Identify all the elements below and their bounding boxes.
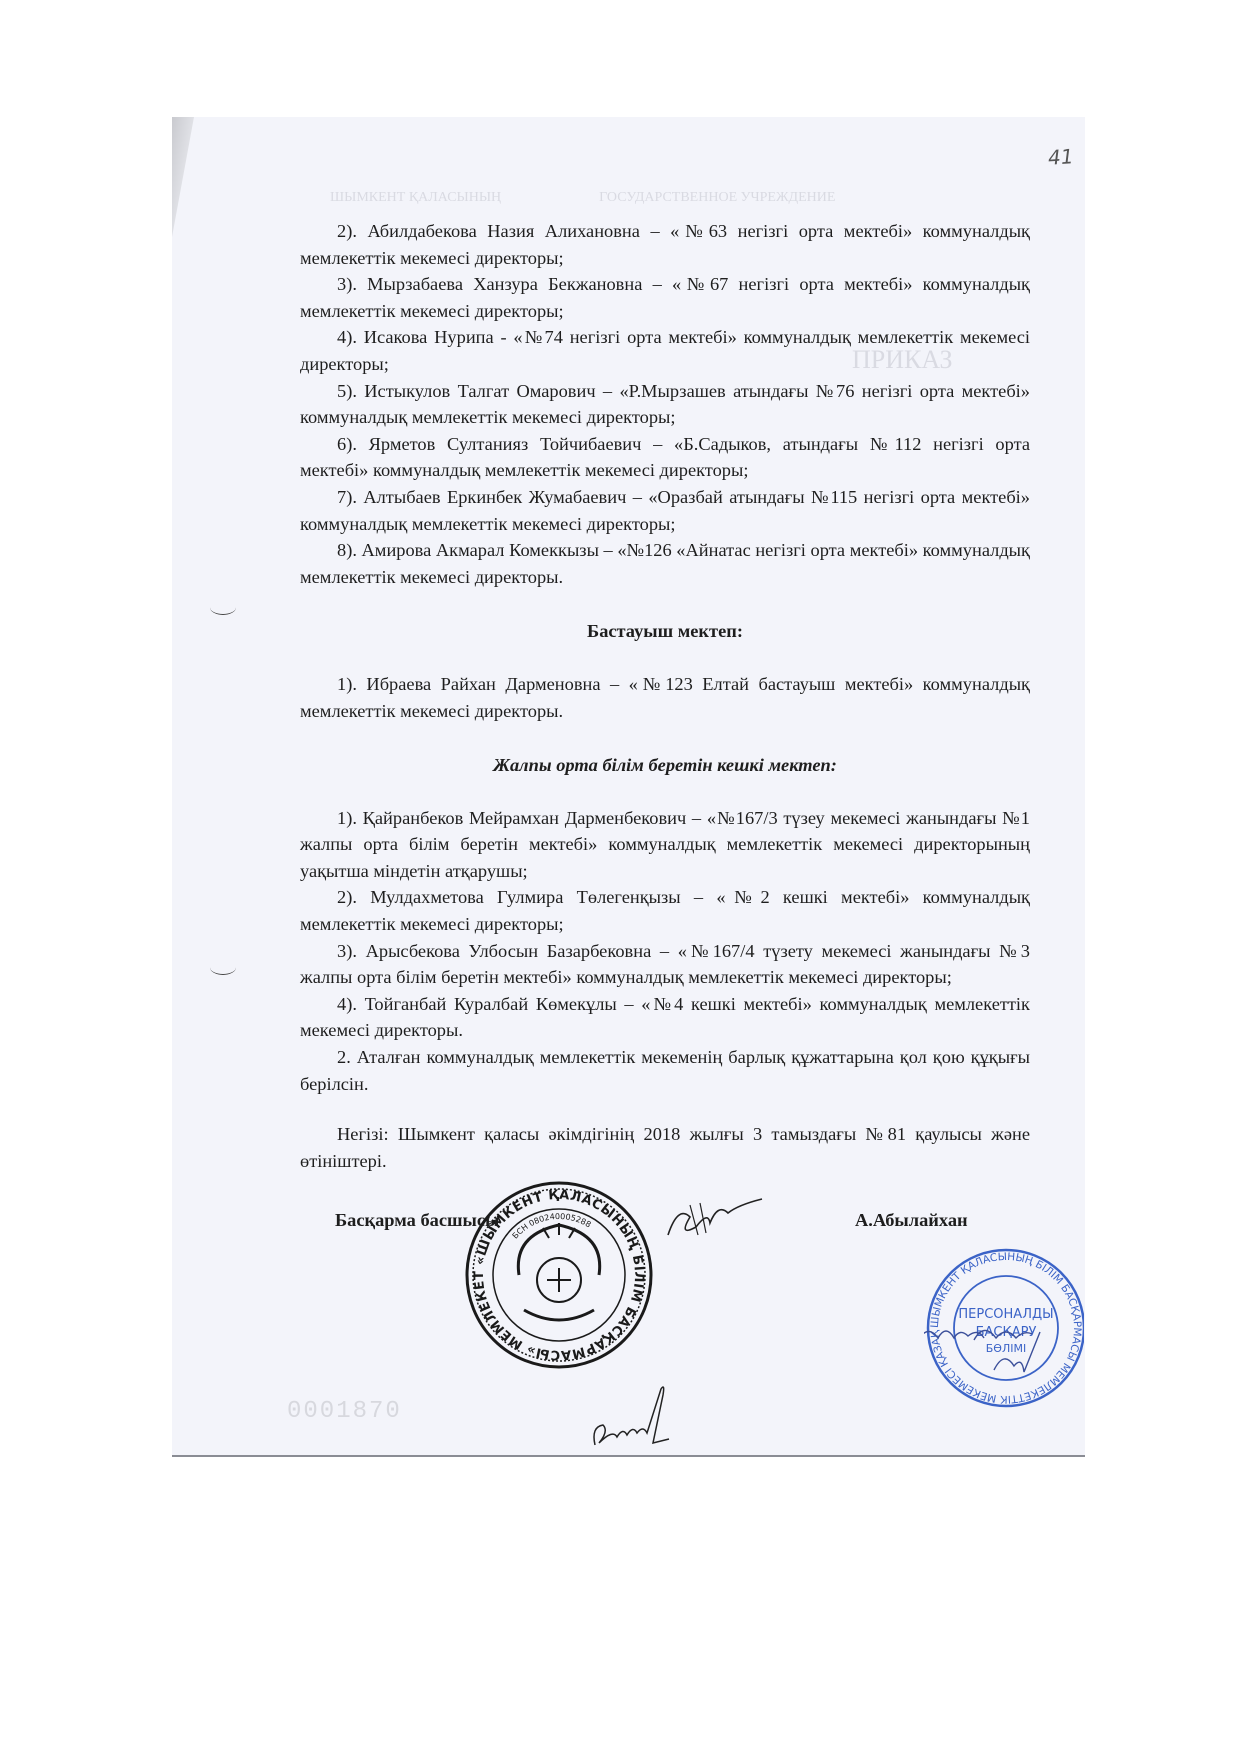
list-item: 2). Мулдахметова Гулмира Төлегенқызы – «…: [300, 884, 1030, 937]
punch-hole-mark: [210, 960, 236, 975]
handwritten-page-number: 41: [1047, 144, 1074, 170]
list-item: 8). Амирова Акмарал Комеккызы – «№126 «А…: [300, 537, 1030, 590]
document-body: 2). Абилдабекова Назия Алихановна – «№63…: [300, 218, 1030, 1174]
handwritten-signature-icon: [585, 1385, 695, 1455]
list-item: 3). Арысбекова Улбосын Базарбековна – «№…: [300, 938, 1030, 991]
signatory-name: А.Абылайхан: [855, 1210, 968, 1231]
list-item: 4). Тойганбай Куралбай Көмекұлы – «№4 ке…: [300, 991, 1030, 1044]
list-item: 4). Исакова Нурипа - «№74 негізгі орта м…: [300, 324, 1030, 377]
section-heading-primary-school: Бастауыш мектеп:: [300, 618, 1030, 645]
list-item: 7). Алтыбаев Еркинбек Жумабаевич – «Ораз…: [300, 484, 1030, 537]
clause-2: 2. Аталған коммуналдық мемлекеттік мекем…: [300, 1044, 1030, 1097]
director-signature-icon: [660, 1195, 770, 1245]
svg-text:ПЕРСОНАЛДЫ: ПЕРСОНАЛДЫ: [958, 1307, 1053, 1322]
list-item: 5). Истыкулов Талгат Омарович – «Р.Мырза…: [300, 378, 1030, 431]
list-item: 1). Ибраева Райхан Дарменовна – «№123 Ел…: [300, 671, 1030, 724]
basis-paragraph: Негізі: Шымкент қаласы әкімдігінің 2018 …: [300, 1121, 1030, 1174]
list-item: 1). Қайранбеков Мейрамхан Дарменбекович …: [300, 805, 1030, 885]
serial-number-watermark: 0001870: [287, 1398, 402, 1425]
section-heading-evening-school: Жалпы орта білім беретін кешкі мектеп:: [300, 752, 1030, 779]
punch-hole-mark: [210, 600, 236, 615]
list-item: 3). Мырзабаева Ханзура Бекжановна – «№67…: [300, 271, 1030, 324]
personnel-stamp-icon: ШЫМКЕНТ ҚАЛАСЫНЫҢ БІЛІМ БАСҚАРМАСЫ МЕМЛЕ…: [924, 1240, 1084, 1410]
list-item: 6). Ярметов Султанияз Тойчибаевич – «Б.С…: [300, 431, 1030, 484]
signatory-role: Басқарма басшысы: [335, 1210, 499, 1231]
official-seal-icon: «ШЫМКЕНТ ҚАЛАСЫНЫҢ БІЛІМ БАСҚАРМАСЫ» МЕМ…: [464, 1180, 654, 1370]
list-item: 2). Абилдабекова Назия Алихановна – «№63…: [300, 218, 1030, 271]
svg-text:БӨЛІМІ: БӨЛІМІ: [986, 1342, 1026, 1355]
svg-text:«ШЫМКЕНТ ҚАЛАСЫНЫҢ БІЛІМ БАСҚА: «ШЫМКЕНТ ҚАЛАСЫНЫҢ БІЛІМ БАСҚАРМАСЫ» МЕМ…: [464, 1180, 646, 1362]
bleed-through-text: ШЫМКЕНТ ҚАЛАСЫНЫҢ ГОСУДАРСТВЕННОЕ УЧРЕЖД…: [330, 190, 835, 206]
